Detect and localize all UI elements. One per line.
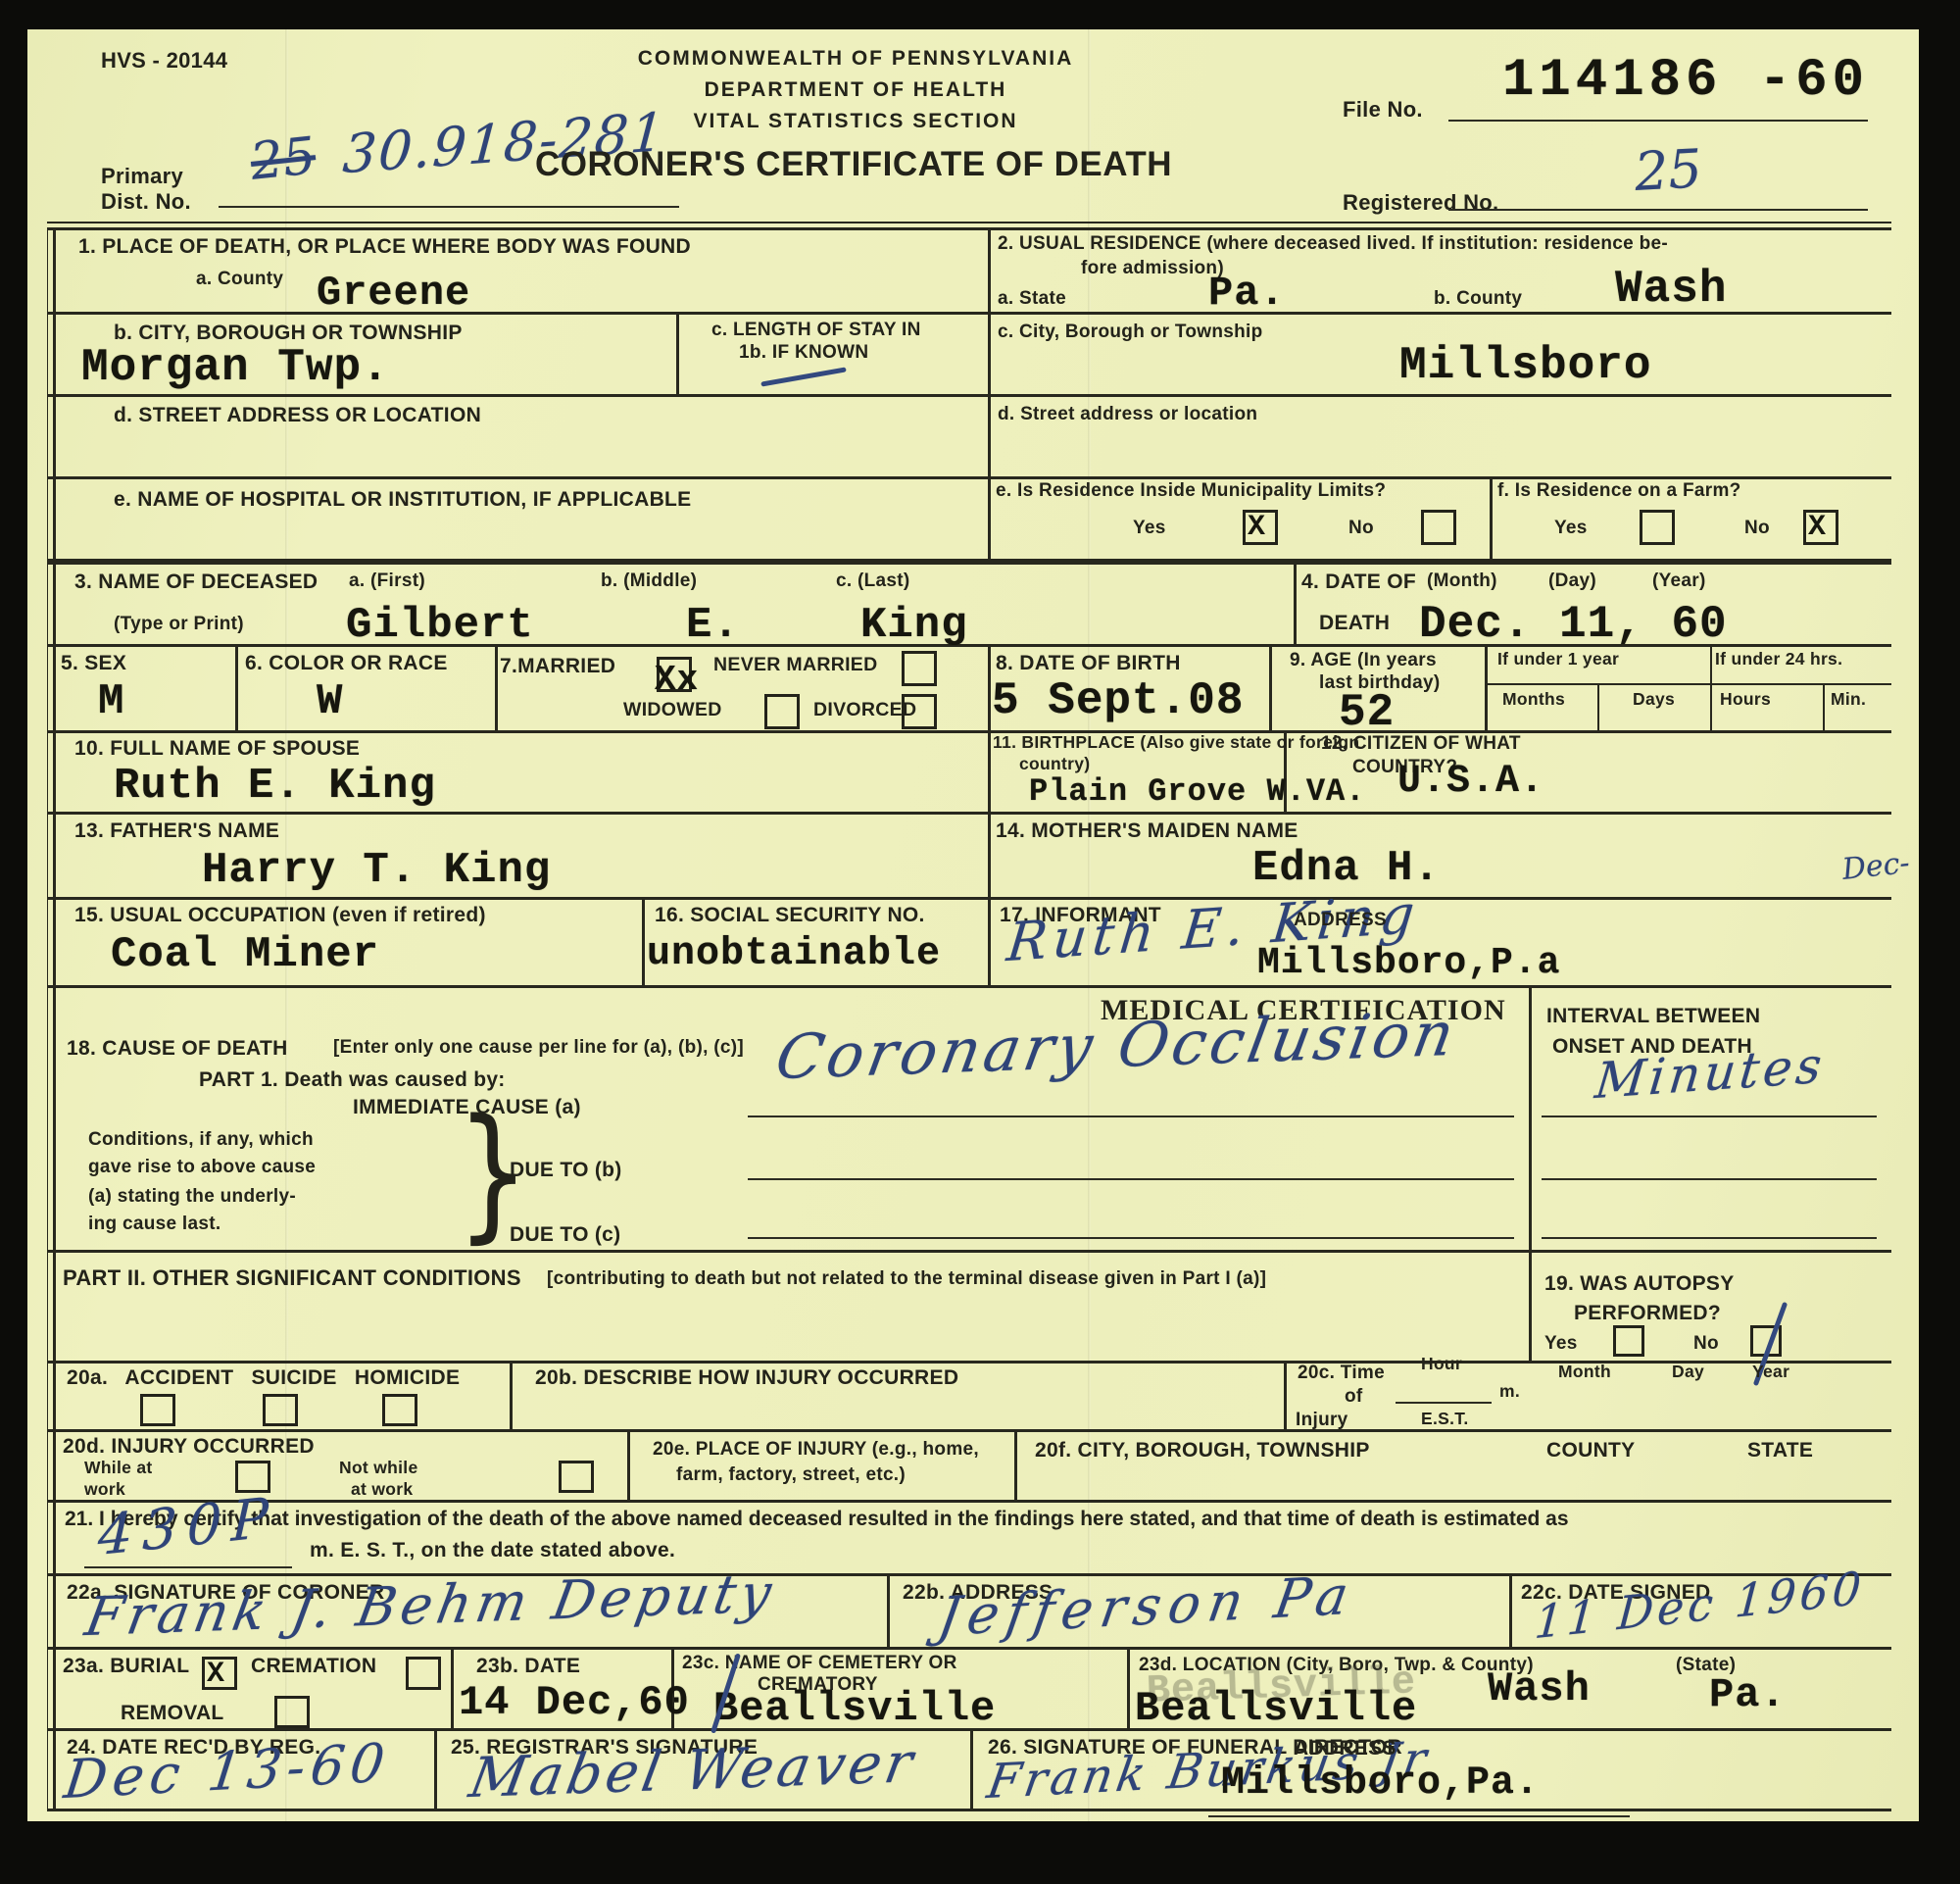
item20d-while-label-1: While at	[84, 1459, 153, 1478]
item10-label: 10. FULL NAME OF SPOUSE	[74, 737, 360, 761]
cause-b-line	[748, 1178, 1514, 1180]
grid-line	[451, 1647, 454, 1728]
item1a-label: a. County	[196, 269, 283, 289]
item1b-label: b. CITY, BOROUGH OR TOWNSHIP	[114, 322, 463, 345]
item11-label: 11. BIRTHPLACE (Also give state or forei…	[993, 733, 1359, 753]
item2a-label: a. State	[998, 288, 1066, 309]
cause-a-line	[748, 1116, 1514, 1117]
grid-line	[1284, 1361, 1287, 1429]
item5-value: M	[98, 680, 124, 723]
item15-value: Coal Miner	[111, 933, 379, 976]
certificate-paper: HVS - 20144 COMMONWEALTH OF PENNSYLVANIA…	[27, 29, 1919, 1821]
item7-married-mark: Xx	[655, 663, 699, 698]
item20d-while-label-2: work	[84, 1480, 125, 1500]
item20c-m-label: m.	[1499, 1382, 1520, 1402]
item19-no-label: No	[1693, 1333, 1719, 1354]
item20c-hour-label: Hour	[1421, 1355, 1462, 1374]
grid-line	[988, 730, 991, 812]
item1e-label: e. NAME OF HOSPITAL OR INSTITUTION, IF A…	[114, 488, 692, 512]
grid-line	[676, 312, 679, 394]
grid-line	[47, 1809, 1891, 1811]
x-mark: X	[207, 1658, 224, 1691]
grid-line	[47, 985, 1891, 988]
item21-time-line	[84, 1566, 292, 1568]
grid-line	[47, 1647, 1891, 1650]
item20c-label-2: of	[1345, 1386, 1363, 1407]
item12-value: U.S.A.	[1397, 763, 1544, 802]
grid-line	[988, 644, 991, 730]
item2e-no-label: No	[1348, 518, 1374, 538]
item14-label: 14. MOTHER'S MAIDEN NAME	[996, 819, 1298, 843]
item12-label: 12. CITIZEN OF WHAT	[1321, 733, 1521, 754]
item4-label: 4. DATE OF	[1301, 570, 1416, 594]
item9-under-year-label: If under 1 year	[1497, 650, 1619, 669]
grid-line	[47, 227, 1891, 230]
item20c-month-label: Month	[1558, 1363, 1611, 1382]
conditions-note-1: Conditions, if any, which	[88, 1129, 314, 1150]
item3c-label: c. (Last)	[836, 570, 910, 591]
item20e-label-2: farm, factory, street, etc.)	[676, 1464, 906, 1485]
grid-line	[47, 1500, 1891, 1503]
item17-address-value: Millsboro,P.a	[1257, 945, 1560, 982]
conditions-note-3: (a) stating the underly-	[88, 1186, 296, 1207]
grid-line	[47, 476, 1891, 479]
grid-line	[47, 394, 1891, 397]
file-no-line	[1448, 120, 1868, 122]
grid-line	[1014, 1429, 1017, 1500]
x-mark: X	[1808, 511, 1826, 544]
item9-min-label: Min.	[1831, 690, 1866, 710]
item23b-label: 23b. DATE	[476, 1655, 580, 1678]
item1b-value: Morgan Twp.	[81, 345, 390, 390]
item9-value: 52	[1339, 690, 1395, 735]
item2-label2: fore admission)	[1081, 258, 1224, 278]
item2c-label: c. City, Borough or Township	[998, 322, 1263, 342]
item23a-removal-label: REMOVAL	[121, 1702, 224, 1725]
item2f-no-checkbox: X	[1803, 510, 1838, 545]
item26-address-value: Millsboro,Pa.	[1221, 1764, 1540, 1804]
grid-line	[47, 1361, 1891, 1363]
primary-dist-line	[219, 206, 679, 208]
item20f-county-label: COUNTY	[1546, 1439, 1635, 1463]
item19-yes-checkbox	[1613, 1325, 1644, 1357]
grid-line	[53, 227, 56, 1809]
grid-line	[1710, 644, 1712, 730]
item3-label: 3. NAME OF DECEASED	[74, 570, 318, 594]
item15-label: 15. USUAL OCCUPATION (even if retired)	[74, 904, 486, 927]
item20d-not-label-2: at work	[351, 1480, 413, 1500]
item17-address-label: ADDRESS	[1294, 910, 1387, 930]
item23a-label: 23a. BURIAL	[63, 1655, 189, 1678]
item18-bracket-note: [Enter only one cause per line for (a), …	[333, 1037, 744, 1058]
grid-line	[495, 644, 498, 730]
item20c-label-1: 20c. Time	[1298, 1363, 1385, 1383]
item4-day-label: (Day)	[1548, 570, 1596, 591]
item21-certify-text-2: m. E. S. T., on the date stated above.	[310, 1539, 675, 1562]
item23d-value: Beallsville	[1135, 1688, 1417, 1729]
item19-yes-label: Yes	[1544, 1333, 1578, 1354]
item23b-value: 14 Dec,60	[459, 1682, 690, 1723]
item20d-not-checkbox	[559, 1461, 594, 1493]
grid-line	[627, 1429, 630, 1500]
item2e-yes-checkbox: X	[1243, 510, 1278, 545]
item20c-year-label: Year	[1752, 1363, 1789, 1382]
item23a-cremation-label: CREMATION	[251, 1655, 376, 1678]
item7-never-label: NEVER MARRIED	[713, 655, 878, 676]
item2f-label: f. Is Residence on a Farm?	[1497, 480, 1741, 501]
grid-line	[1294, 562, 1297, 644]
item20d-not-label-1: Not while	[339, 1459, 417, 1478]
cause-c-line	[748, 1237, 1514, 1239]
item9-hours-label: Hours	[1720, 690, 1771, 710]
item2b-label: b. County	[1434, 288, 1522, 309]
part2-label: PART II. OTHER SIGNIFICANT CONDITIONS	[63, 1266, 521, 1291]
item2f-no-label: No	[1744, 518, 1770, 538]
grid-line	[47, 222, 1891, 223]
item1c-label: c. LENGTH OF STAY IN	[711, 320, 921, 340]
item20c-est-label: E.S.T.	[1421, 1410, 1468, 1429]
item13-value: Harry T. King	[202, 849, 551, 892]
item20c-day-label: Day	[1672, 1363, 1704, 1382]
item2e-yes-label: Yes	[1133, 518, 1166, 538]
item2f-yes-checkbox	[1640, 510, 1675, 545]
item11-label2: country)	[1019, 755, 1090, 774]
grid-line	[1269, 644, 1272, 730]
due-to-c-label: DUE TO (c)	[510, 1223, 620, 1247]
grid-line	[1127, 1647, 1130, 1728]
grid-line	[47, 897, 1891, 900]
item21-certify-text: 21. I hereby certify that investigation …	[65, 1508, 1569, 1531]
form-number: HVS - 20144	[101, 49, 227, 74]
item4-label2: DEATH	[1319, 612, 1390, 635]
registered-no-label: Registered No.	[1343, 191, 1498, 216]
grid-line	[988, 897, 991, 985]
conditions-note-2: gave rise to above cause	[88, 1157, 316, 1177]
item7-widowed-checkbox	[764, 694, 800, 729]
grid-line-heavy	[47, 559, 1891, 565]
grid-line	[988, 227, 991, 562]
item20d-label: 20d. INJURY OCCURRED	[63, 1435, 315, 1459]
grid-line	[47, 1250, 1891, 1253]
due-to-b-label: DUE TO (b)	[510, 1159, 622, 1182]
item11-value: Plain Grove W.VA.	[1029, 776, 1365, 808]
item23a-burial-checkbox: X	[202, 1657, 237, 1690]
item23a-removal-checkbox	[274, 1696, 310, 1728]
header-department: DEPARTMENT OF HEALTH	[591, 78, 1120, 102]
grid-line	[1490, 476, 1493, 562]
grid-line	[642, 897, 645, 985]
item7-widowed-label: WIDOWED	[623, 700, 722, 721]
item19-label-1: 19. WAS AUTOPSY	[1544, 1272, 1735, 1296]
item20f-label: 20f. CITY, BOROUGH, TOWNSHIP	[1035, 1439, 1370, 1463]
age-sub-line	[1485, 683, 1891, 685]
part2-bracket-note: [contributing to death but not related t…	[547, 1268, 1266, 1289]
item20b-label: 20b. DESCRIBE HOW INJURY OCCURRED	[535, 1366, 958, 1390]
grid-line	[47, 1429, 1891, 1432]
item3a-label: a. (First)	[349, 570, 425, 591]
item2b-value: Wash	[1615, 267, 1727, 312]
item4-year-label: (Year)	[1652, 570, 1706, 591]
item23d-state-value: Pa.	[1709, 1674, 1787, 1715]
grid-line	[47, 227, 48, 1809]
item20a-suicide-checkbox	[263, 1394, 298, 1426]
grid-line	[235, 644, 238, 730]
item8-label: 8. DATE OF BIRTH	[996, 652, 1181, 675]
interval-line-c	[1542, 1237, 1877, 1239]
grid-line	[1509, 1573, 1512, 1647]
grid-line	[1529, 985, 1532, 1361]
grid-line	[970, 1728, 973, 1809]
header-commonwealth: COMMONWEALTH OF PENNSYLVANIA	[591, 47, 1120, 71]
primary-dist-crossed-value: 25	[248, 126, 318, 192]
item7-divorced-checkbox	[902, 694, 937, 729]
item26-address-label: ADDRESS	[1294, 1737, 1396, 1760]
primary-dist-label: Primary	[101, 165, 183, 189]
item20e-label-1: 20e. PLACE OF INJURY (e.g., home,	[653, 1439, 979, 1460]
item20a-accident-checkbox	[140, 1394, 175, 1426]
x-mark: X	[1248, 511, 1265, 544]
grid-line	[47, 730, 1891, 733]
item20c-label-3: Injury	[1296, 1410, 1348, 1430]
item14-handwritten-note: Dec-	[1840, 846, 1911, 887]
conditions-note-4: ing cause last.	[88, 1214, 220, 1234]
grid-line	[1597, 683, 1599, 730]
interval-line-a	[1542, 1116, 1877, 1117]
item2e-label: e. Is Residence Inside Municipality Limi…	[996, 480, 1386, 501]
item20a-homicide-checkbox	[382, 1394, 417, 1426]
item4-month-label: (Month)	[1427, 570, 1497, 591]
item9-under-24-label: If under 24 hrs.	[1715, 650, 1842, 669]
item9-label: 9. AGE (In years	[1290, 650, 1437, 670]
coroner-address-value: Jefferson Pa	[934, 1563, 1360, 1648]
file-no-value: 114186 -60	[1502, 55, 1869, 108]
item18-label: 18. CAUSE OF DEATH	[67, 1037, 288, 1061]
interval-line-b	[1542, 1178, 1877, 1180]
primary-dist-label2: Dist. No.	[101, 190, 191, 215]
registered-no-value: 25	[1633, 137, 1703, 203]
item2-label: 2. USUAL RESIDENCE (where deceased lived…	[998, 233, 1668, 254]
grid-line	[510, 1361, 513, 1429]
item1c-label2: 1b. IF KNOWN	[739, 342, 868, 363]
item4-value: Dec. 11, 60	[1419, 602, 1728, 647]
item5-label: 5. SEX	[61, 652, 126, 675]
grid-line	[1485, 644, 1488, 730]
grid-line	[1823, 683, 1825, 730]
item23d-county-value: Wash	[1488, 1668, 1591, 1710]
grid-line	[47, 812, 1891, 815]
item23c-label-1: 23c. NAME OF CEMETERY OR	[682, 1653, 957, 1673]
item7-married-label: 7.MARRIED	[500, 655, 615, 678]
file-no-label: File No.	[1343, 98, 1423, 123]
item9-days-label: Days	[1633, 690, 1675, 710]
item10-value: Ruth E. King	[114, 765, 436, 808]
item23c-value: Beallsville	[713, 1688, 996, 1729]
item3b-label: b. (Middle)	[601, 570, 697, 591]
item2d-label: d. Street address or location	[998, 404, 1257, 424]
grid-line	[434, 1728, 437, 1809]
item20c-time-line	[1396, 1402, 1492, 1404]
item1d-label: d. STREET ADDRESS OR LOCATION	[114, 404, 481, 427]
address-underline	[1208, 1815, 1630, 1817]
item2a-value: Pa.	[1208, 273, 1286, 314]
item8-value: 5 Sept.08	[992, 678, 1244, 723]
item20f-state-label: STATE	[1747, 1439, 1813, 1463]
grid-line	[887, 1573, 890, 1647]
item6-value: W	[317, 680, 343, 723]
item3-last-value: King	[860, 604, 968, 647]
item7-never-checkbox	[902, 651, 937, 686]
item16-label: 16. SOCIAL SECURITY NO.	[655, 904, 925, 927]
item2c-value: Millsboro	[1399, 343, 1651, 388]
pen-dash-mark	[760, 367, 847, 386]
header-section: VITAL STATISTICS SECTION	[591, 110, 1120, 133]
item1a-value: Greene	[317, 273, 470, 314]
item13-label: 13. FATHER'S NAME	[74, 819, 279, 843]
item1-label: 1. PLACE OF DEATH, OR PLACE WHERE BODY W…	[78, 235, 691, 259]
item6-label: 6. COLOR OR RACE	[245, 652, 448, 675]
certificate-title: CORONER'S CERTIFICATE OF DEATH	[535, 145, 1172, 183]
item3-middle-value: E.	[686, 604, 740, 647]
cause-of-death-value: Coronary Occlusion	[771, 998, 1463, 1094]
item23a-cremation-checkbox	[406, 1657, 441, 1690]
item3-first-value: Gilbert	[346, 604, 534, 647]
item9-months-label: Months	[1502, 690, 1565, 710]
grid-line	[47, 1573, 1891, 1576]
item3-sub-label: (Type or Print)	[114, 614, 244, 634]
scanned-death-certificate: HVS - 20144 COMMONWEALTH OF PENNSYLVANIA…	[0, 0, 1960, 1884]
item2e-no-checkbox	[1421, 510, 1456, 545]
registered-no-line	[1448, 209, 1868, 211]
item2f-yes-label: Yes	[1554, 518, 1588, 538]
interval-label-1: INTERVAL BETWEEN	[1546, 1005, 1760, 1028]
item16-value: unobtainable	[647, 935, 941, 974]
item19-label-2: PERFORMED?	[1574, 1302, 1721, 1325]
grid-line	[988, 812, 991, 897]
item20a-label: 20a. ACCIDENT SUICIDE HOMICIDE	[67, 1366, 460, 1390]
